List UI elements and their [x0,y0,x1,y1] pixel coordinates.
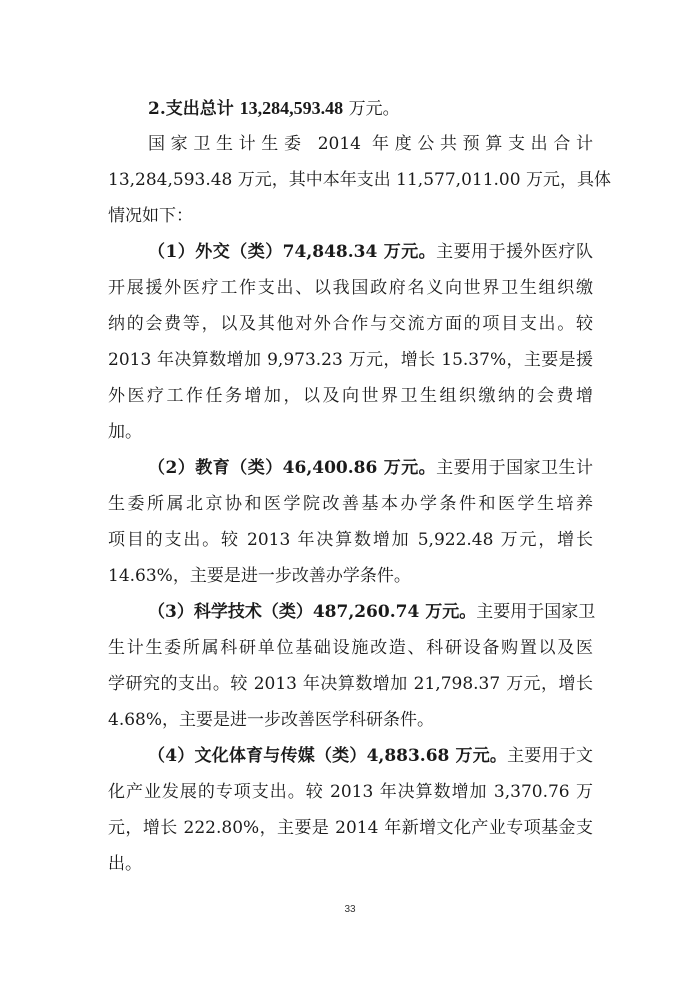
item-1-line: 外医疗工作任务增加，以及向世界卫生组织缴纳的会费增 [108,385,593,407]
item-2-line: 14.63%，主要是进一步改善办学条件。 [108,565,593,587]
heading-prefix: 2.支出总计 [148,99,240,119]
item-2-line: 项目的支出。较 2013 年决算数增加 5,922.48 万元，增长 [108,529,593,551]
item-4-text: 主要用于文 [507,746,593,766]
item-1-line: 纳的会费等，以及其他对外合作与交流方面的项目支出。较 [108,313,593,335]
item-3-line: 学研究的支出。较 2013 年决算数增加 21,798.37 万元，增长 [108,673,593,695]
item-2-label: （2）教育（类）46,400.86 万元。 [148,458,436,478]
document-page: 2.支出总计 13,284,593.48 万元。 国家卫生计生委 2014 年度… [0,0,700,989]
item-4-line: 出。 [108,853,593,875]
item-3-line: 生计生委所属科研单位基础设施改造、科研设备购置以及医 [108,637,593,659]
heading-amount: 13,284,593.48 [240,98,344,118]
item-4-line: 元，增长 222.80%，主要是 2014 年新增文化产业专项基金支 [108,817,593,839]
item-1-line: 开展援外医疗工作支出、以我国政府名义向世界卫生组织缴 [108,277,593,299]
intro-line: 情况如下： [108,205,593,227]
item-1-line: 加。 [108,421,593,443]
item-4-first-line: （4）文化体育与传媒（类）4,883.68 万元。主要用于文 [148,745,593,767]
heading-suffix: 万元。 [343,99,399,119]
item-3-label: （3）科学技术（类）487,260.74 万元。 [148,602,476,622]
item-4-label: （4）文化体育与传媒（类）4,883.68 万元。 [148,746,507,766]
intro-line: 13,284,593.48 万元，其中本年支出 11,577,011.00 万元… [108,169,593,191]
item-1-line: 2013 年决算数增加 9,973.23 万元，增长 15.37%，主要是援 [108,349,593,371]
section-heading: 2.支出总计 13,284,593.48 万元。 [148,97,593,119]
item-2-first-line: （2）教育（类）46,400.86 万元。主要用于国家卫生计 [148,457,593,479]
item-4-line: 化产业发展的专项支出。较 2013 年决算数增加 3,370.76 万 [108,781,593,803]
intro-line: 国家卫生计生委 2014 年度公共预算支出合计 [148,133,593,155]
item-2-text: 主要用于国家卫生计 [436,458,593,478]
item-3-text: 主要用于国家卫 [476,602,595,622]
item-1-label: （1）外交（类）74,848.34 万元。 [148,242,436,262]
item-1-first-line: （1）外交（类）74,848.34 万元。主要用于援外医疗队 [148,241,593,263]
item-2-line: 生委所属北京协和医学院改善基本办学条件和医学生培养 [108,493,593,515]
item-3-line: 4.68%，主要是进一步改善医学科研条件。 [108,709,593,731]
item-3-first-line: （3）科学技术（类）487,260.74 万元。主要用于国家卫 [148,601,593,623]
page-number: 33 [0,904,700,915]
item-1-text: 主要用于援外医疗队 [436,242,593,262]
